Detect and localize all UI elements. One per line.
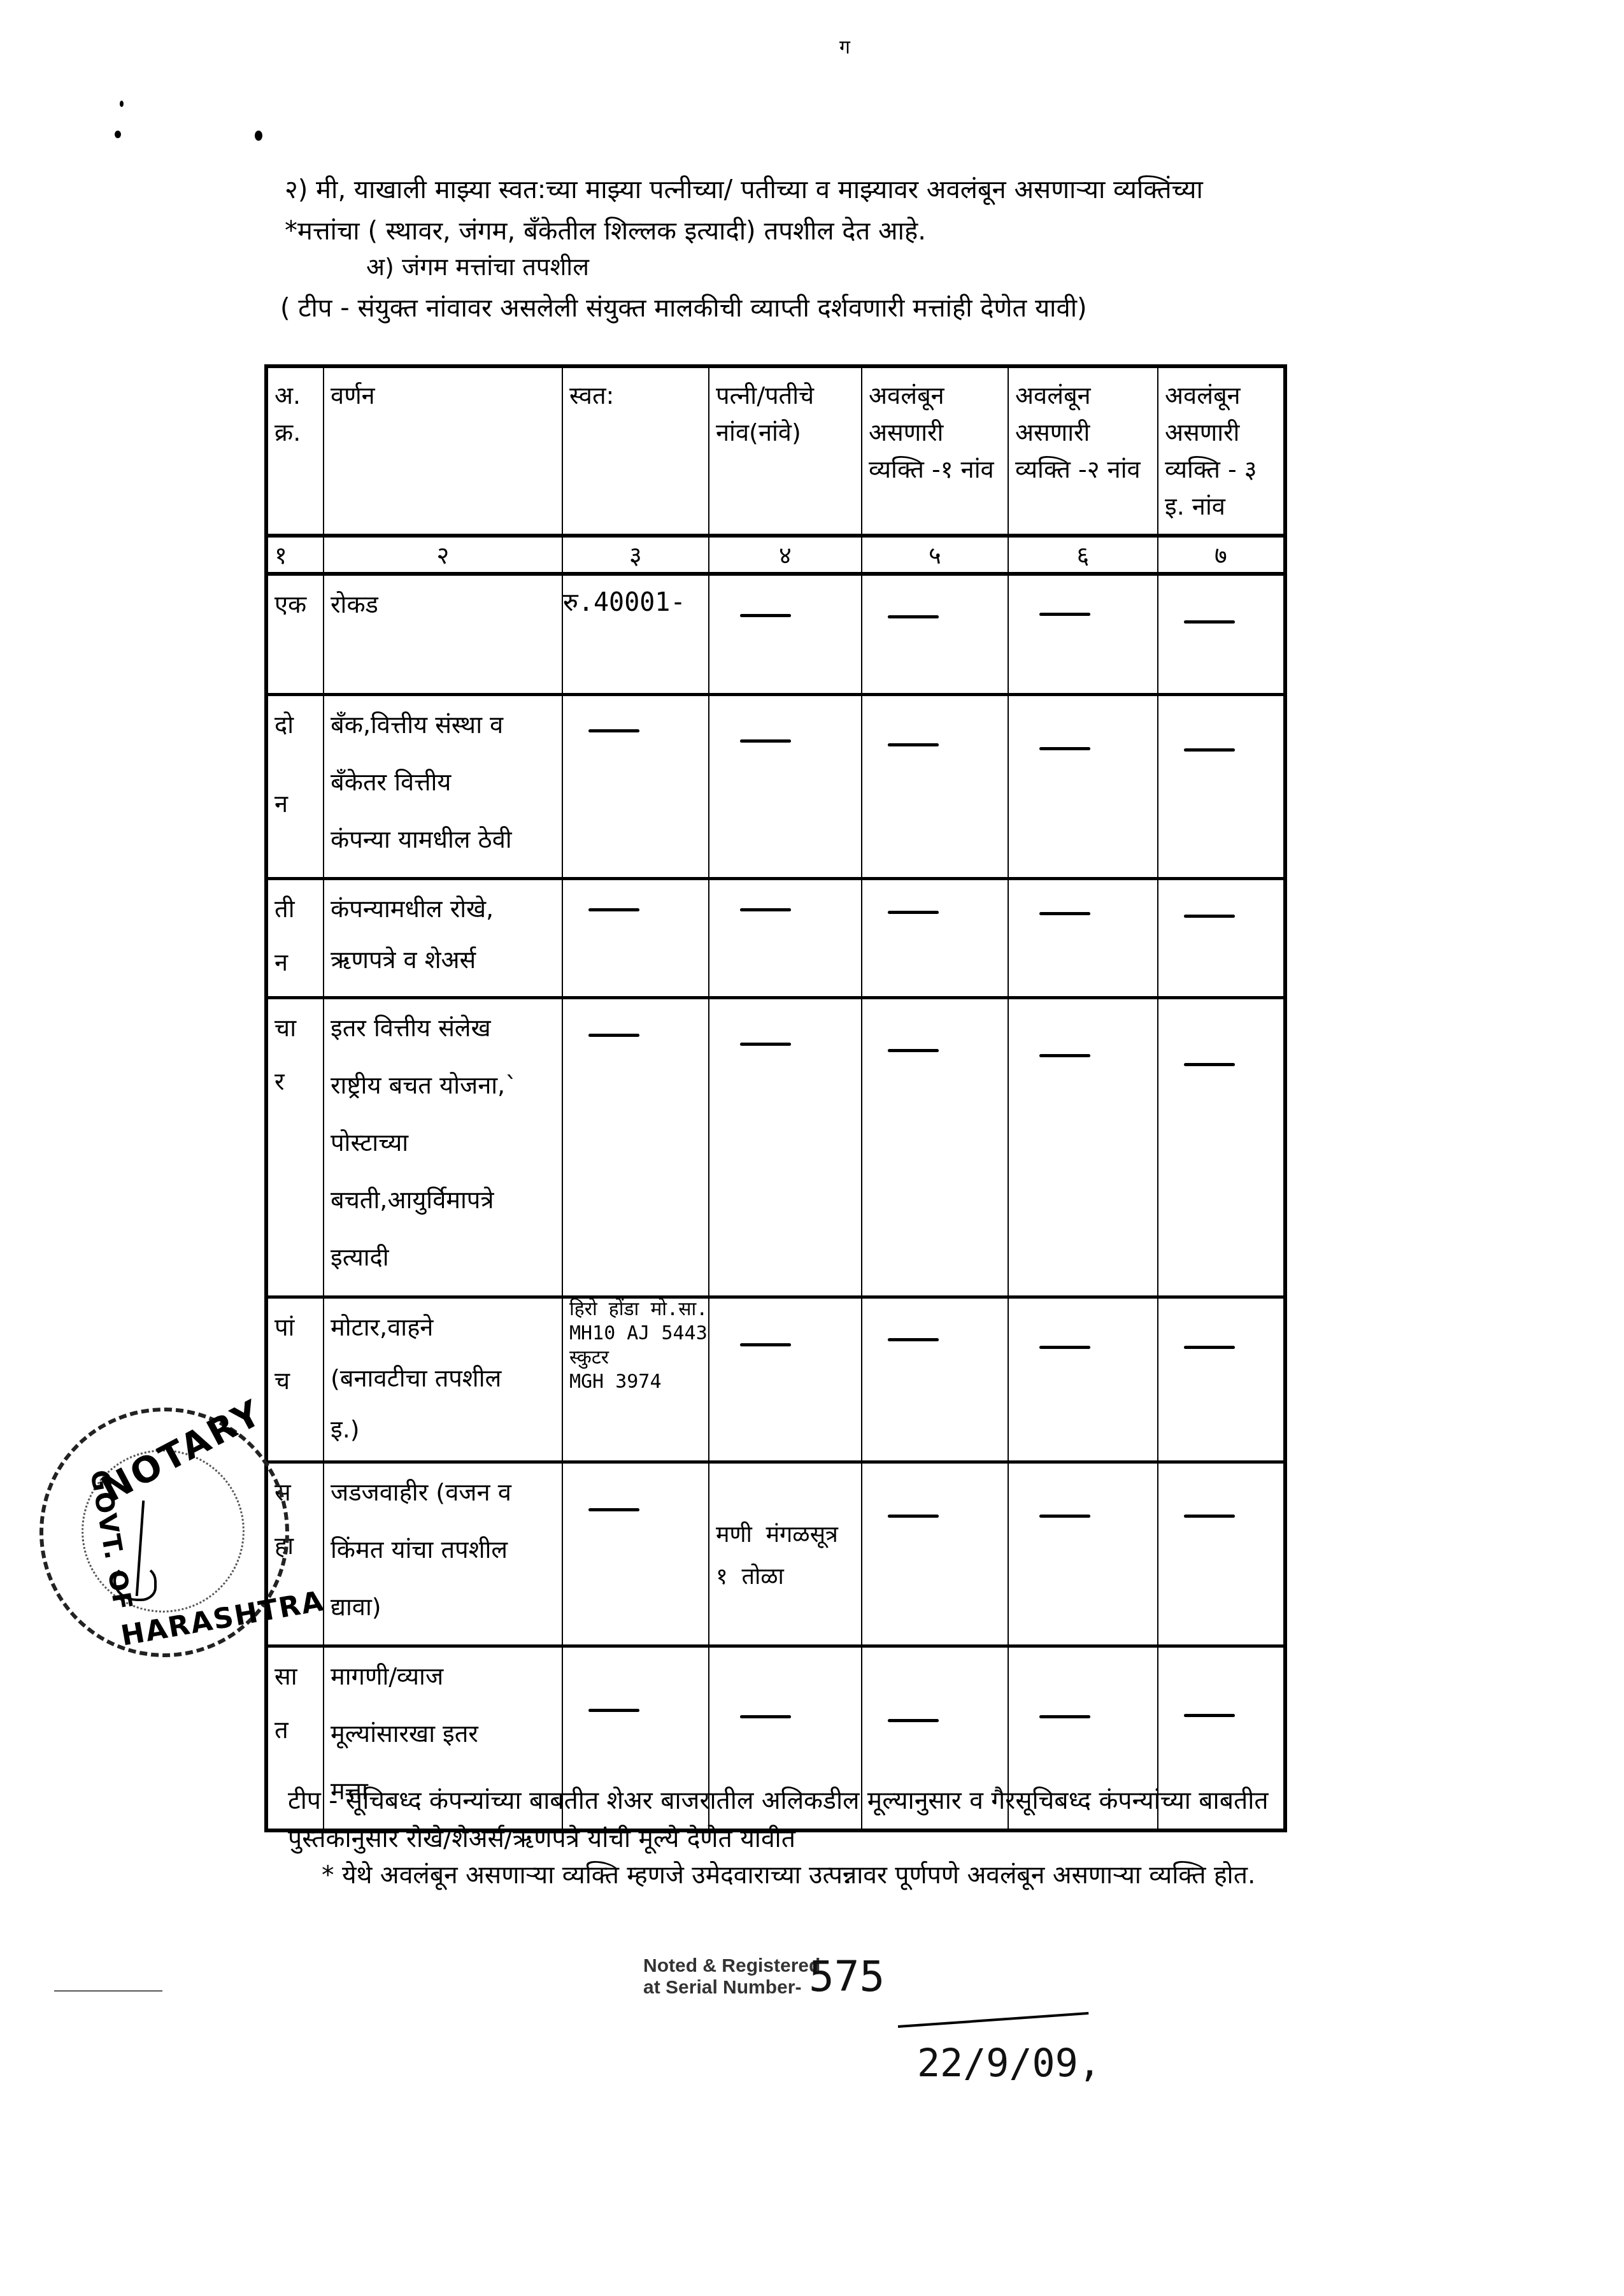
value-cell-dep1: [862, 574, 1008, 694]
blank-dash-mark: [588, 1034, 639, 1037]
value-cell-dep2: [1008, 574, 1158, 694]
row-serial: तीन: [266, 878, 324, 997]
description-text: इ.): [331, 1409, 555, 1449]
blank-dash-mark: [740, 739, 791, 743]
blank-dash-mark: [1039, 1054, 1090, 1057]
value-cell-self: रु.40001-: [562, 574, 709, 694]
registration-label-2: at Serial Number-: [643, 1977, 820, 1999]
row-description: इतर वित्तीय संलेखराष्ट्रीय बचत योजना,`पो…: [324, 997, 562, 1297]
row-description: मोटार,वाहने(बनावटीचा तपशीलइ.): [324, 1297, 562, 1462]
blank-dash-mark: [740, 614, 791, 617]
table-row: तीनकंपन्यामधील रोखे,ऋणपत्रे व शेअर्स: [266, 878, 1285, 997]
column-number: ६: [1008, 536, 1158, 574]
handwritten-entry: मणी मंगळसूत्र: [716, 1523, 855, 1546]
value-cell-dep2: [1008, 878, 1158, 997]
handwritten-amount: रु.40001-: [563, 590, 686, 615]
movable-assets-table: अ. क्र. वर्णन स्वत: पत्नी/पतीचे नांव(नां…: [264, 364, 1287, 1832]
row-serial: एक: [266, 574, 324, 694]
registration-divider: [898, 2012, 1089, 2028]
serial-text: दो: [274, 705, 317, 745]
footnote-line-2: पुस्तकानुसार रोखे/शेअर्स/ऋणपत्रे यांची म…: [288, 1827, 795, 1851]
table-row: पांचमोटार,वाहने(बनावटीचा तपशीलइ.)हिरो हो…: [266, 1297, 1285, 1462]
description-text: इतर वित्तीय संलेख: [331, 1008, 555, 1048]
blank-dash-mark: [1184, 915, 1235, 918]
handwritten-entry: हिरो होंडा मो.सा.: [569, 1300, 702, 1319]
blank-dash-mark: [1184, 1346, 1235, 1349]
description-text: किंमत यांचा तपशील: [331, 1530, 555, 1569]
value-cell-dep1: [862, 997, 1008, 1297]
blank-dash-mark: [888, 1515, 939, 1518]
blank-dash-mark: [1184, 1515, 1235, 1518]
header-spouse: पत्नी/पतीचे नांव(नांवे): [709, 366, 862, 536]
value-cell-self: [562, 694, 709, 878]
value-cell-dep2: [1008, 694, 1158, 878]
blank-dash-mark: [1039, 1346, 1090, 1349]
value-cell-dep1: [862, 1297, 1008, 1462]
footnote-line-3: * येथे अवलंबून असणाऱ्या व्यक्ति म्हणजे उ…: [322, 1863, 1255, 1888]
description-text: राष्ट्रीय बचत योजना,`: [331, 1066, 555, 1105]
row-serial: दोन: [266, 694, 324, 878]
value-cell-self: हिरो होंडा मो.सा.MH10 AJ 5443स्कुटरMGH 3…: [562, 1297, 709, 1462]
row-description: जडजवाहीर (वजन वकिंमत यांचा तपशीलद्यावा): [324, 1462, 562, 1646]
description-text: मोटार,वाहने: [331, 1308, 555, 1347]
column-number: ५: [862, 536, 1008, 574]
description-text: ऋणपत्रे व शेअर्स: [331, 940, 555, 980]
serial-text: न: [274, 943, 317, 982]
value-cell-spouse: [709, 878, 862, 997]
description-text: कंपन्या यामधील ठेवी: [331, 820, 555, 859]
blank-dash-mark: [1039, 912, 1090, 915]
serial-text: एक: [274, 585, 317, 624]
header-serial: अ. क्र.: [266, 366, 324, 536]
value-cell-self: [562, 1462, 709, 1646]
header-self: स्वत:: [562, 366, 709, 536]
handwritten-entry: स्कुटर: [569, 1348, 702, 1367]
value-cell-dep3: [1158, 997, 1285, 1297]
intro-note: ( टीप - संयुक्त नांवावर असलेली संयुक्‍त …: [280, 296, 1087, 321]
table-row: चारइतर वित्तीय संलेखराष्ट्रीय बचत योजना,…: [266, 997, 1285, 1297]
blank-dash-mark: [1039, 613, 1090, 616]
blank-dash-mark: [888, 1049, 939, 1052]
row-serial: पांच: [266, 1297, 324, 1462]
value-cell-dep1: [862, 694, 1008, 878]
registration-date: 22/9/09,: [917, 2041, 1101, 2086]
blank-dash-mark: [588, 1508, 639, 1511]
description-text: मागणी/व्याज: [331, 1657, 555, 1696]
value-cell-self: [562, 997, 709, 1297]
blank-dash-mark: [1039, 1515, 1090, 1518]
value-cell-spouse: मणी मंगळसूत्र१ तोळा: [709, 1462, 862, 1646]
description-text: बँक,वित्तीय संस्था व: [331, 705, 555, 745]
blank-dash-mark: [888, 1719, 939, 1722]
description-text: (बनावटीचा तपशील: [331, 1358, 555, 1398]
blank-dash-mark: [1184, 620, 1235, 624]
description-text: जडजवाहीर (वजन व: [331, 1472, 555, 1512]
blank-dash-mark: [740, 1715, 791, 1718]
value-cell-spouse: [709, 1297, 862, 1462]
registration-label-1: Noted & Registered: [643, 1955, 820, 1977]
value-cell-spouse: [709, 574, 862, 694]
value-cell-dep1: [862, 878, 1008, 997]
table-row: सहाजडजवाहीर (वजन वकिंमत यांचा तपशीलद्याव…: [266, 1462, 1285, 1646]
serial-text: चा: [274, 1008, 317, 1048]
value-cell-dep3: [1158, 1462, 1285, 1646]
asset-rows: एकरोकडरु.40001-दोनबँक,वित्तीय संस्था वबँ…: [266, 574, 1285, 1830]
blank-dash-mark: [1184, 1714, 1235, 1717]
value-cell-dep3: [1158, 878, 1285, 997]
column-number: २: [324, 536, 562, 574]
blank-dash-mark: [740, 908, 791, 911]
blank-dash-mark: [740, 1343, 791, 1346]
header-dependent-1: अवलंबून असणारी व्यक्ति -१ नांव: [862, 366, 1008, 536]
serial-text: च: [274, 1361, 317, 1401]
description-text: बचती,आयुर्विमापत्रे: [331, 1180, 555, 1220]
header-dependent-2: अवलंबून असणारी व्यक्ति -२ नांव: [1008, 366, 1158, 536]
blank-dash-mark: [1039, 747, 1090, 750]
registration-stamp: Noted & Registered at Serial Number-: [643, 1955, 820, 1999]
serial-text: ती: [274, 889, 317, 929]
handwritten-entry: MH10 AJ 5443: [569, 1324, 702, 1343]
intro-line-1: २) मी, याखाली माझ्या स्वत:च्या माझ्या पत…: [285, 177, 1203, 203]
column-number: ३: [562, 536, 709, 574]
column-number-row: १ २ ३ ४ ५ ६ ७: [266, 536, 1285, 574]
scan-speck: [115, 131, 121, 138]
row-description: बँक,वित्तीय संस्था वबँकेतर वित्तीयकंपन्य…: [324, 694, 562, 878]
blank-dash-mark: [888, 911, 939, 914]
serial-text: न: [274, 784, 317, 824]
blank-dash-mark: [588, 729, 639, 732]
blank-dash-mark: [888, 1338, 939, 1341]
serial-text: सा: [274, 1657, 317, 1696]
row-serial: चार: [266, 997, 324, 1297]
scan-speck: [120, 101, 124, 107]
margin-rule: [54, 1990, 162, 1992]
table-row: एकरोकडरु.40001-: [266, 574, 1285, 694]
page-mark: ग: [839, 33, 850, 59]
value-cell-spouse: [709, 997, 862, 1297]
blank-dash-mark: [588, 908, 639, 911]
value-cell-dep2: [1008, 1297, 1158, 1462]
description-text: मूल्यांसारखा इतर: [331, 1714, 555, 1753]
header-description: वर्णन: [324, 366, 562, 536]
table-row: दोनबँक,वित्तीय संस्था वबँकेतर वित्तीयकंप…: [266, 694, 1285, 878]
column-number: ४: [709, 536, 862, 574]
description-text: बँकेतर वित्तीय: [331, 762, 555, 802]
serial-text: त: [274, 1710, 317, 1750]
blank-dash-mark: [888, 615, 939, 618]
scan-speck: [255, 131, 262, 141]
serial-text: र: [274, 1062, 317, 1101]
column-number: १: [266, 536, 324, 574]
value-cell-dep2: [1008, 1462, 1158, 1646]
handwritten-entry: १ तोळा: [716, 1565, 855, 1588]
value-cell-dep3: [1158, 694, 1285, 878]
section-subheading: अ) जंगम मत्तांचा तपशील: [366, 255, 589, 279]
serial-text: पां: [274, 1308, 317, 1347]
value-cell-dep3: [1158, 1297, 1285, 1462]
table-header-row: अ. क्र. वर्णन स्वत: पत्नी/पतीचे नांव(नां…: [266, 366, 1285, 536]
handwritten-entry: MGH 3974: [569, 1373, 702, 1392]
blank-dash-mark: [740, 1043, 791, 1046]
notary-stamp: NOTARY GOVT. OF HARASHTRA: [39, 1408, 289, 1657]
row-description: रोकड: [324, 574, 562, 694]
blank-dash-mark: [1184, 1063, 1235, 1066]
description-text: पोस्टाच्या: [331, 1123, 555, 1162]
blank-dash-mark: [1184, 748, 1235, 752]
blank-dash-mark: [588, 1709, 639, 1712]
description-text: इत्यादी: [331, 1237, 555, 1277]
column-number: ७: [1158, 536, 1285, 574]
value-cell-spouse: [709, 694, 862, 878]
value-cell-self: [562, 878, 709, 997]
value-cell-dep2: [1008, 997, 1158, 1297]
description-text: रोकड: [331, 585, 555, 624]
footnote-line-1: टीप - सूचिबध्द कंपन्यांच्या बाबतीत शेअर …: [288, 1788, 1269, 1813]
description-text: द्यावा): [331, 1587, 555, 1627]
intro-line-2: *मत्तांचा ( स्थावर, जंगम, बँकेतील शिल्लक…: [285, 218, 926, 244]
header-dependent-3: अवलंबून असणारी व्यक्ति - ३ इ. नांव: [1158, 366, 1285, 536]
blank-dash-mark: [888, 743, 939, 746]
value-cell-dep1: [862, 1462, 1008, 1646]
registration-serial-number: 575: [809, 1952, 885, 2001]
description-text: कंपन्यामधील रोखे,: [331, 889, 555, 929]
row-description: कंपन्यामधील रोखे,ऋणपत्रे व शेअर्स: [324, 878, 562, 997]
blank-dash-mark: [1039, 1715, 1090, 1718]
value-cell-dep3: [1158, 574, 1285, 694]
